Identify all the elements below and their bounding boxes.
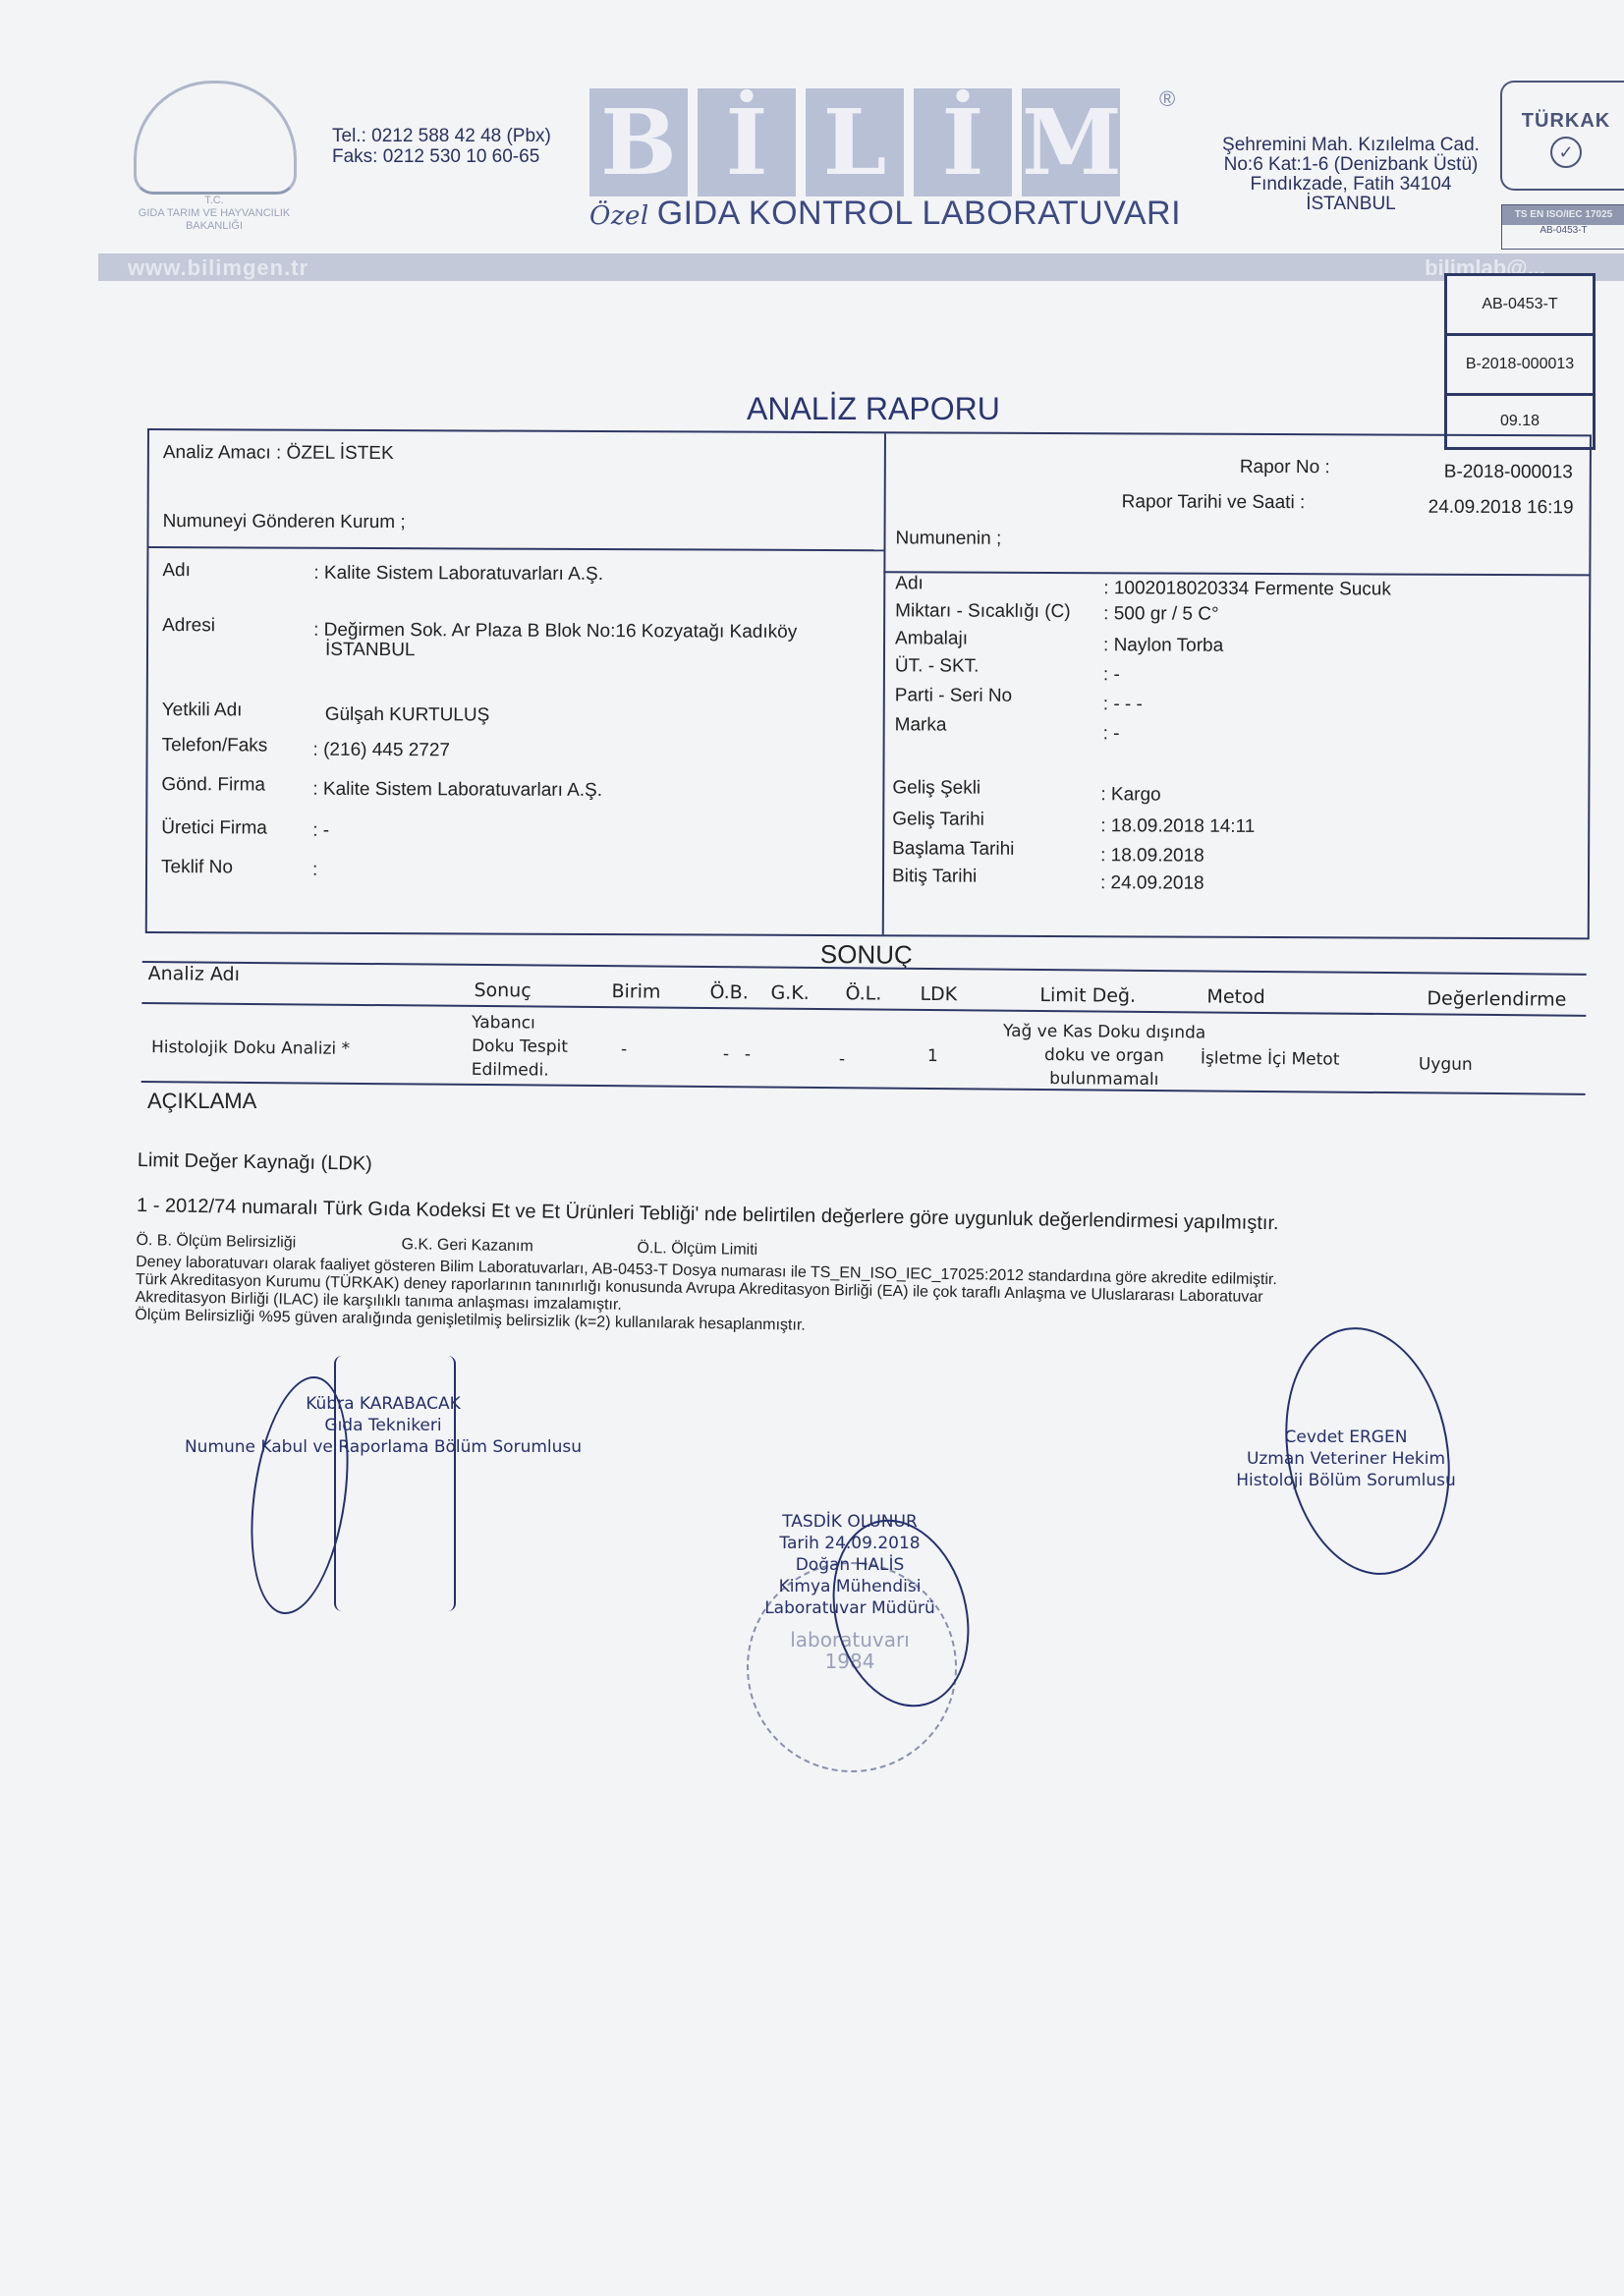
ref-report-number: B-2018-000013 [1447, 336, 1593, 396]
batch-no-label: Parti - Seri No [895, 685, 1012, 707]
packaging-value: : Naylon Torba [1103, 635, 1223, 657]
arrival-method-value: : Kargo [1100, 784, 1160, 806]
address-line: İSTANBUL [1194, 195, 1508, 214]
cell-limit-value: Yağ ve Kas Doku dışında doku ve organ bu… [986, 1020, 1223, 1092]
arrival-method-label: Geliş Şekli [892, 777, 980, 799]
phone-value: : (216) 445 2727 [313, 740, 451, 762]
sender-heading: Numuneyi Gönderen Kurum ; [163, 511, 406, 533]
lab-fax: Faks: 0212 530 10 60-65 [332, 146, 551, 167]
cell-unit: - [621, 1037, 627, 1061]
accreditation-code: AB-0453-T [1502, 225, 1624, 236]
producer-label: Üretici Firma [161, 817, 267, 839]
ldk-note: 1 - 2012/74 numaralı Türk Gıda Kodeksi E… [137, 1195, 1279, 1235]
start-date-label: Başlama Tarihi [892, 838, 1014, 861]
sample-name-label: Adı [895, 573, 924, 594]
col-ldk: LDK [920, 983, 957, 1005]
address-line: No:6 Kat:1-6 (Denizbank Üstü) [1194, 155, 1508, 175]
cell-method: İşletme İçi Metot [1201, 1046, 1340, 1071]
sample-quantity-label: Miktarı - Sıcaklığı (C) [895, 600, 1071, 623]
sender-address-label: Adresi [162, 615, 215, 637]
signature-scribble-icon [334, 1356, 456, 1611]
ministry-logo: T.C. GIDA TARIM VE HAYVANCILIK BAKANLIĞI [126, 77, 303, 234]
page-title: ANALİZ RAPORU [747, 391, 1000, 427]
production-expiry-label: ÜT. - SKT. [895, 655, 980, 677]
turkak-name: TÜRKAK [1502, 110, 1624, 133]
packaging-label: Ambalajı [895, 628, 968, 649]
col-recovery: G.K. [770, 982, 809, 1004]
col-method: Metod [1206, 985, 1264, 1008]
address-line: Fındıkzade, Fatih 34104 [1194, 175, 1508, 195]
report-date-value: 24.09.2018 16:19 [1428, 497, 1574, 520]
cell-limit-line: Yağ ve Kas Doku dışında [986, 1020, 1222, 1045]
cell-result-line: Doku Tespit [472, 1035, 568, 1059]
arrival-date-label: Geliş Tarihi [892, 809, 984, 830]
col-result: Sonuç [474, 980, 531, 1002]
sample-quantity-value: : 500 gr / 5 C° [1103, 603, 1219, 626]
table-rule [141, 1081, 1586, 1095]
end-date-value: : 24.09.2018 [1100, 872, 1204, 894]
producer-value: : - [312, 820, 329, 842]
address-line: Şehremini Mah. Kızılelma Cad. [1194, 136, 1508, 155]
ministry-logo-line: BAKANLIĞI [126, 220, 303, 233]
ministry-emblem-icon [134, 81, 297, 195]
brand-subtitle: ÖzelGIDA KONTROL LABORATUVARI [589, 195, 1181, 233]
cell-result: Yabancı Doku Tespit Edilmedi. [472, 1011, 569, 1083]
col-uncertainty: Ö.B. [709, 981, 749, 1003]
cell-result-line: Edilmedi. [472, 1058, 568, 1083]
accreditation-standard: TS EN ISO/IEC 17025 [1502, 205, 1624, 225]
lab-contact: Tel.: 0212 588 42 48 (Pbx) Faks: 0212 53… [332, 126, 551, 167]
cell-uncertainty: - [723, 1042, 729, 1066]
registered-mark-icon: ® [1159, 86, 1175, 112]
sender-name-value: : Kalite Sistem Laboratuvarları A.Ş. [313, 563, 603, 586]
ldk-heading: Limit Değer Kaynağı (LDK) [138, 1149, 372, 1176]
cell-evaluation: Uygun [1419, 1052, 1473, 1076]
offer-no-label: Teklif No [161, 857, 233, 878]
check-icon: ✓ [1550, 137, 1582, 168]
results-title: SONUÇ [820, 939, 913, 971]
ref-accreditation-code: AB-0453-T [1447, 276, 1593, 336]
analysis-purpose: Analiz Amacı : ÖZEL İSTEK [163, 442, 394, 465]
brand-logo: B İ L İ M [589, 88, 1140, 196]
production-expiry-value: : - [1103, 664, 1120, 686]
cell-limit-line: doku ve organ [986, 1043, 1222, 1069]
cell-recovery: - [745, 1042, 751, 1066]
col-limit-value: Limit Değ. [1039, 984, 1136, 1007]
report-info-form: Analiz Amacı : ÖZEL İSTEK Numuneyi Gönde… [145, 428, 1592, 939]
signature-scribble-icon [1266, 1315, 1469, 1589]
turkak-logo: TÜRKAK ✓ [1500, 81, 1624, 191]
abbrev-recovery: G.K. Geri Kazanım [401, 1236, 533, 1256]
arrival-date-value: : 18.09.2018 14:11 [1100, 815, 1255, 838]
end-date-label: Bitiş Tarihi [892, 866, 977, 887]
column-divider [882, 433, 886, 934]
analysis-purpose-label: Analiz Amacı : [163, 442, 281, 464]
brand-label: Marka [895, 714, 947, 736]
abbrev-uncertainty: Ö. B. Ölçüm Belirsizliği [136, 1232, 296, 1253]
brand-letter: L [806, 88, 904, 196]
explanation-notes: Limit Değer Kaynağı (LDK) 1 - 2012/74 nu… [138, 1149, 1592, 1172]
accreditation-badge: TS EN ISO/IEC 17025 AB-0453-T [1501, 204, 1624, 250]
cell-ldk: 1 [927, 1044, 938, 1068]
approval-label: TASDİK OLUNUR [747, 1511, 953, 1533]
header-banner: www.bilimgen.tr bilimlab@... [98, 253, 1624, 281]
batch-no-value: : - - - [1103, 694, 1143, 715]
brand-letter: İ [914, 88, 1012, 196]
col-unit: Birim [611, 980, 660, 1002]
cell-limit-of-measurement: - [839, 1047, 845, 1071]
contact-person-label: Yetkili Adı [162, 700, 243, 721]
cell-result-line: Yabancı [472, 1011, 568, 1036]
ministry-logo-line: GIDA TARIM VE HAYVANCILIK [126, 207, 303, 220]
reference-box: AB-0453-T B-2018-000013 09.18 [1444, 273, 1596, 450]
row-divider [148, 546, 883, 551]
col-evaluation: Değerlendirme [1427, 987, 1566, 1010]
analysis-purpose-value: ÖZEL İSTEK [287, 443, 394, 464]
lab-address: Şehremini Mah. Kızılelma Cad. No:6 Kat:1… [1194, 136, 1508, 214]
lab-phone: Tel.: 0212 588 42 48 (Pbx) [332, 126, 551, 146]
sending-firm-value: : Kalite Sistem Laboratuvarları A.Ş. [312, 779, 602, 802]
website-link[interactable]: www.bilimgen.tr [128, 255, 308, 281]
report-no-label: Rapor No : [1240, 457, 1330, 478]
sample-heading: Numunenin ; [895, 528, 1001, 549]
cell-analysis: Histolojik Doku Analizi * [151, 1036, 350, 1061]
sender-address-city: İSTANBUL [325, 640, 416, 661]
sender-name-label: Adı [162, 560, 191, 582]
row-divider [883, 571, 1589, 576]
col-limit-of-measurement: Ö.L. [845, 982, 881, 1004]
sample-name-value: : 1002018020334 Fermente Sucuk [1103, 578, 1391, 600]
sending-firm-label: Gönd. Firma [161, 774, 265, 796]
contact-person-value: Gülşah KURTULUŞ [325, 704, 490, 727]
brand-prefix: Özel [589, 201, 649, 231]
explanation-heading: AÇIKLAMA [147, 1089, 256, 1114]
report-date-label: Rapor Tarihi ve Saati : [1122, 491, 1306, 514]
start-date-value: : 18.09.2018 [1100, 845, 1204, 867]
offer-no-value: : [312, 860, 317, 881]
brand-letter: M [1022, 88, 1120, 196]
brand-value: : - [1103, 723, 1120, 745]
abbrev-limit: Ö.L. Ölçüm Limiti [637, 1240, 757, 1260]
ministry-logo-line: T.C. [126, 195, 303, 207]
brand-subtitle-text: GIDA KONTROL LABORATUVARI [657, 195, 1181, 232]
brand-letter: B [589, 88, 688, 196]
report-no-value: B-2018-000013 [1444, 462, 1573, 484]
brand-letter: İ [698, 88, 796, 196]
col-analysis-name: Analiz Adı [148, 963, 240, 985]
phone-label: Telefon/Faks [162, 735, 268, 756]
